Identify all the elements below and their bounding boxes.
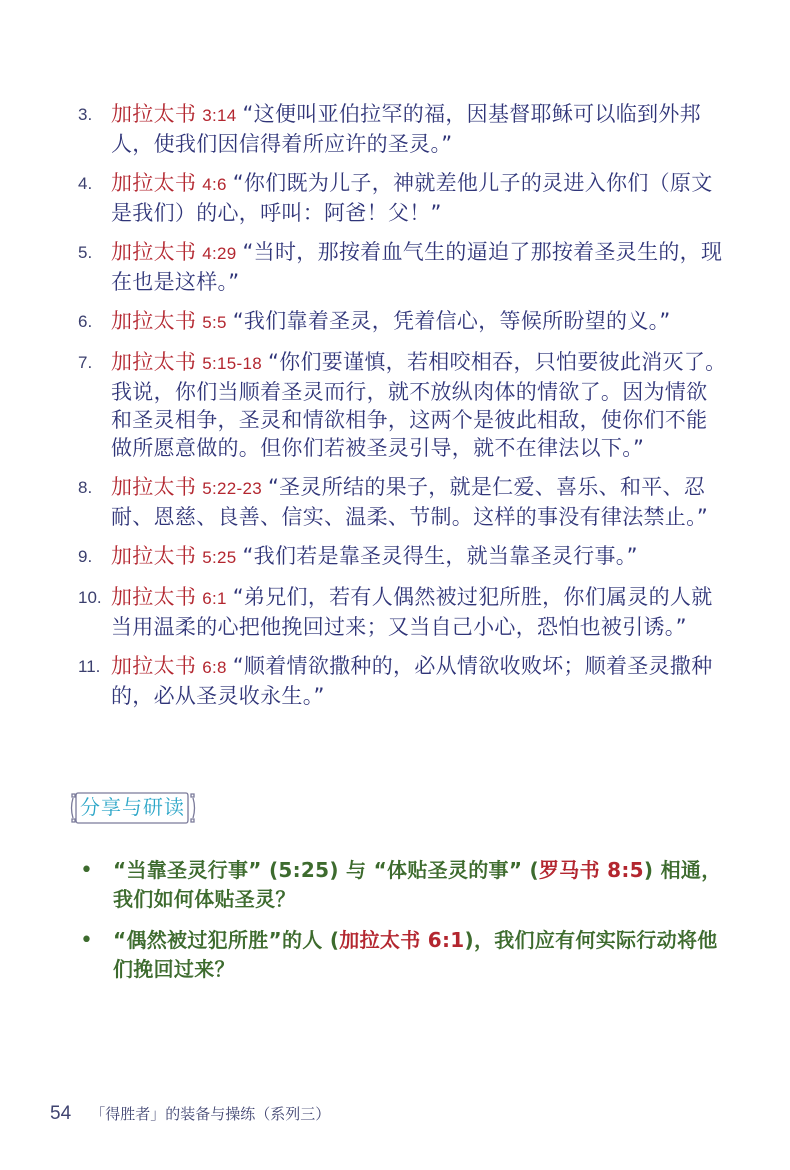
verse-reference: 5:5 (202, 313, 227, 332)
verse-number: 9. (78, 542, 111, 572)
verse-number: 8. (78, 473, 111, 531)
question-reference: 加拉太书 6:1 (339, 928, 464, 952)
verse-number: 7. (78, 348, 111, 462)
verse-number: 4. (78, 169, 111, 227)
verse-item: 10. 加拉太书6:1“弟兄们，若有人偶然被过犯所胜，你们属灵的人就当用温柔的心… (78, 583, 728, 641)
verse-reference: 6:8 (202, 658, 227, 677)
verse-reference: 3:14 (202, 106, 236, 125)
page-number: 54 (50, 1103, 71, 1124)
bullet-icon: • (78, 856, 113, 914)
verse-book: 加拉太书 (111, 654, 196, 678)
bullet-icon: • (78, 926, 113, 984)
verse-item: 3. 加拉太书3:14“这便叫亚伯拉罕的福，因基督耶稣可以临到外邦人，使我们因信… (78, 100, 728, 158)
verse-reference: 4:6 (202, 175, 227, 194)
verse-text: “我们靠着圣灵，凭着信心，等候所盼望的义。” (233, 309, 671, 333)
verse-number: 11. (78, 652, 111, 710)
verse-reference: 4:29 (202, 244, 236, 263)
verse-text: “这便叫亚伯拉罕的福，因基督耶稣可以临到外邦人，使我们因信得着所应许的圣灵。” (111, 102, 701, 156)
verse-reference: 5:25 (202, 548, 236, 567)
question-list: • “当靠圣灵行事” (5:25) 与 “体贴圣灵的事” (罗马书 8:5) 相… (78, 856, 728, 996)
verse-number: 5. (78, 238, 111, 296)
verse-number: 3. (78, 100, 111, 158)
question-item: • “偶然被过犯所胜”的人 (加拉太书 6:1)，我们应有何实际行动将他们挽回过… (78, 926, 728, 984)
question-item: • “当靠圣灵行事” (5:25) 与 “体贴圣灵的事” (罗马书 8:5) 相… (78, 856, 728, 914)
page-footer: 54 「得胜者」的装备与操练（系列三） (50, 1103, 330, 1125)
verse-list: 3. 加拉太书3:14“这便叫亚伯拉罕的福，因基督耶稣可以临到外邦人，使我们因信… (78, 100, 728, 721)
verse-book: 加拉太书 (111, 309, 196, 333)
book-title: 「得胜者」的装备与操练（系列三） (90, 1105, 330, 1123)
verse-book: 加拉太书 (111, 171, 196, 195)
verse-item: 6. 加拉太书5:5“我们靠着圣灵，凭着信心，等候所盼望的义。” (78, 307, 728, 337)
question-reference: 罗马书 8:5 (539, 858, 644, 882)
verse-book: 加拉太书 (111, 585, 196, 609)
verse-item: 7. 加拉太书5:15-18“你们要谨慎，若相咬相吞，只怕要彼此消灭了。我说，你… (78, 348, 728, 462)
verse-book: 加拉太书 (111, 350, 196, 374)
verse-text: “我们若是靠圣灵得生，就当靠圣灵行事。” (243, 544, 638, 568)
verse-book: 加拉太书 (111, 102, 196, 126)
verse-number: 6. (78, 307, 111, 337)
verse-item: 5. 加拉太书4:29“当时，那按着血气生的逼迫了那按着圣灵生的，现在也是这样。… (78, 238, 728, 296)
verse-book: 加拉太书 (111, 240, 196, 264)
verse-item: 9. 加拉太书5:25“我们若是靠圣灵得生，就当靠圣灵行事。” (78, 542, 728, 572)
verse-book: 加拉太书 (111, 544, 196, 568)
verse-item: 8. 加拉太书5:22-23“圣灵所结的果子，就是仁爱、喜乐、和平、忍耐、恩慈、… (78, 473, 728, 531)
section-title: 分享与研读 (80, 793, 185, 821)
verse-text: “圣灵所结的果子，就是仁爱、喜乐、和平、忍耐、恩慈、良善、信实、温柔、节制。这样… (111, 475, 708, 529)
verse-item: 11. 加拉太书6:8“顺着情欲撒种的，必从情欲收败坏；顺着圣灵撒种的，必从圣灵… (78, 652, 728, 710)
verse-number: 10. (78, 583, 111, 641)
question-text: “当靠圣灵行事” (5:25) 与 “体贴圣灵的事” ( (113, 858, 539, 882)
verse-item: 4. 加拉太书4:6“你们既为儿子，神就差他儿子的灵进入你们（原文是我们）的心，… (78, 169, 728, 227)
verse-reference: 5:15-18 (202, 354, 262, 373)
verse-reference: 5:22-23 (202, 479, 262, 498)
verse-book: 加拉太书 (111, 475, 196, 499)
verse-reference: 6:1 (202, 589, 227, 608)
question-text: “偶然被过犯所胜”的人 ( (113, 928, 339, 952)
section-heading-share-study: 分享与研读 (70, 790, 192, 824)
